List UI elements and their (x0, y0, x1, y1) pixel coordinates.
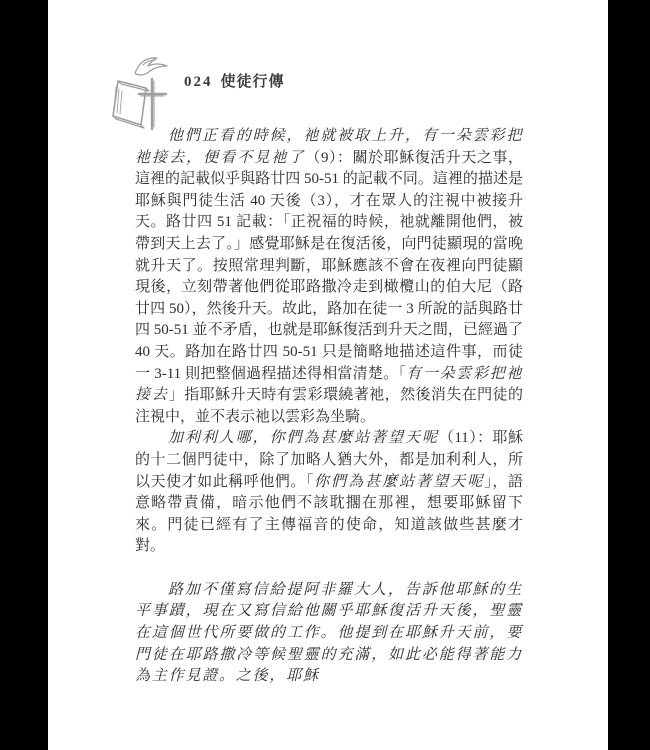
scan-letterbox-background: 024使徒行傳 他們正看的時候，祂就被取上升，有一朵雲彩把祂接去，便看不見祂了（… (0, 0, 650, 750)
paragraph-verse-9-commentary: 他們正看的時候，祂就被取上升，有一朵雲彩把祂接去，便看不見祂了（9）：關於耶穌復… (135, 126, 523, 428)
page-header: 024使徒行傳 (184, 70, 285, 91)
commentary-text: （9）：關於耶穌復活升天之事，這裡的記載似乎與路廿四 50-51 的記載不同。這… (135, 150, 523, 382)
commentary-text: 」指耶穌升天時有雲彩環繞著祂，然後消失在門徒的注視中，並不表示祂以雲彩為坐騎。 (135, 387, 523, 425)
paragraph-verse-11-commentary: 加利利人哪，你們為甚麼站著望天呢（11）：耶穌的十二個門徒中，除了加略人猶大外，… (135, 428, 523, 558)
book-cross-dove-logo (110, 53, 180, 133)
page-number: 024 (184, 74, 213, 90)
scripture-quote: 你們為甚麼站著望天呢 (314, 474, 484, 490)
scripture-quote: 加利利人哪，你們為甚麼站著望天呢 (168, 430, 439, 446)
paragraph-summary: 路加不僅寫信給提阿非羅大人，告訴他耶穌的生平事蹟，現在又寫信給他關乎耶穌復活升天… (135, 580, 523, 688)
commentary-body: 他們正看的時候，祂就被取上升，有一朵雲彩把祂接去，便看不見祂了（9）：關於耶穌復… (135, 126, 523, 688)
book-page: 024使徒行傳 他們正看的時候，祂就被取上升，有一朵雲彩把祂接去，便看不見祂了（… (48, 0, 608, 750)
book-title: 使徒行傳 (221, 74, 285, 90)
summary-text: 路加不僅寫信給提阿非羅大人，告訴他耶穌的生平事蹟，現在又寫信給他關乎耶穌復活升天… (135, 582, 523, 684)
